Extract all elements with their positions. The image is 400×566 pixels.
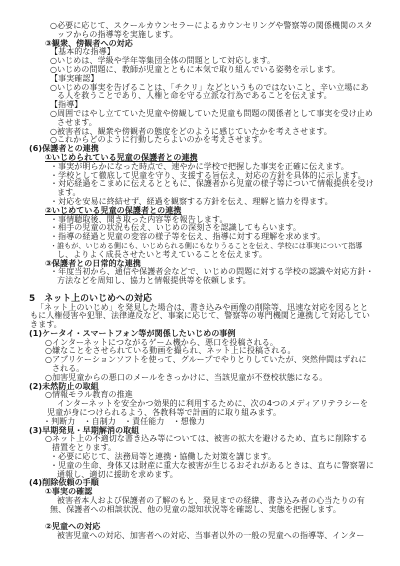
doc-line: 無、保護者への相談状況、他の児童の認知状況等を確認し、実態を把握します。 bbox=[0, 506, 400, 515]
doc-line: 方法などを周知し、協力と情報提供等を依頼します。 bbox=[0, 277, 400, 286]
document-body: ○必要に応じて、スクールカウンセラーによるカウンセリングや警察等の関係機関のスタ… bbox=[0, 0, 400, 541]
document-page: ○必要に応じて、スクールカウンセラーによるカウンセリングや警察等の関係機関のスタ… bbox=[0, 0, 400, 566]
doc-line: 被害児童への対応、加害者への対応、当事者以外の一般の児童への指導等、インター bbox=[0, 532, 400, 541]
